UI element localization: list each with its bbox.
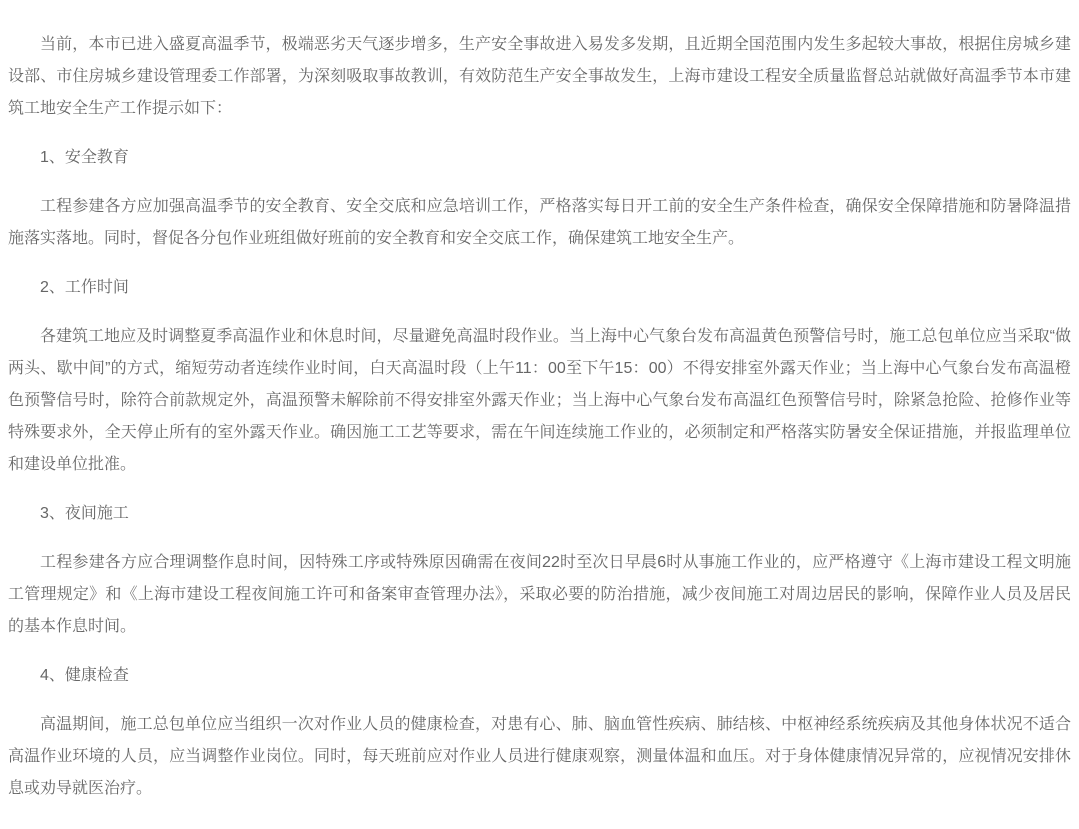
section-heading-working-hours: 2、工作时间: [8, 272, 1071, 304]
document-page: 当前，本市已进入盛夏高温季节，极端恶劣天气逐步增多，生产安全事故进入易发多发期，…: [0, 0, 1079, 829]
section-heading-night-construction: 3、夜间施工: [8, 498, 1071, 530]
section-heading-health-check: 4、健康检查: [8, 660, 1071, 692]
section-body-safety-education: 工程参建各方应加强高温季节的安全教育、安全交底和应急培训工作，严格落实每日开工前…: [8, 191, 1071, 255]
section-body-night-construction: 工程参建各方应合理调整作息时间，因特殊工序或特殊原因确需在夜间22时至次日早晨6…: [8, 547, 1071, 643]
section-body-health-check: 高温期间，施工总包单位应当组织一次对作业人员的健康检查，对患有心、肺、脑血管性疾…: [8, 709, 1071, 805]
article-body: 当前，本市已进入盛夏高温季节，极端恶劣天气逐步增多，生产安全事故进入易发多发期，…: [0, 0, 1079, 829]
intro-paragraph: 当前，本市已进入盛夏高温季节，极端恶劣天气逐步增多，生产安全事故进入易发多发期，…: [8, 29, 1071, 125]
section-body-working-hours: 各建筑工地应及时调整夏季高温作业和休息时间，尽量避免高温时段作业。当上海中心气象…: [8, 321, 1071, 481]
section-heading-safety-education: 1、安全教育: [8, 142, 1071, 174]
